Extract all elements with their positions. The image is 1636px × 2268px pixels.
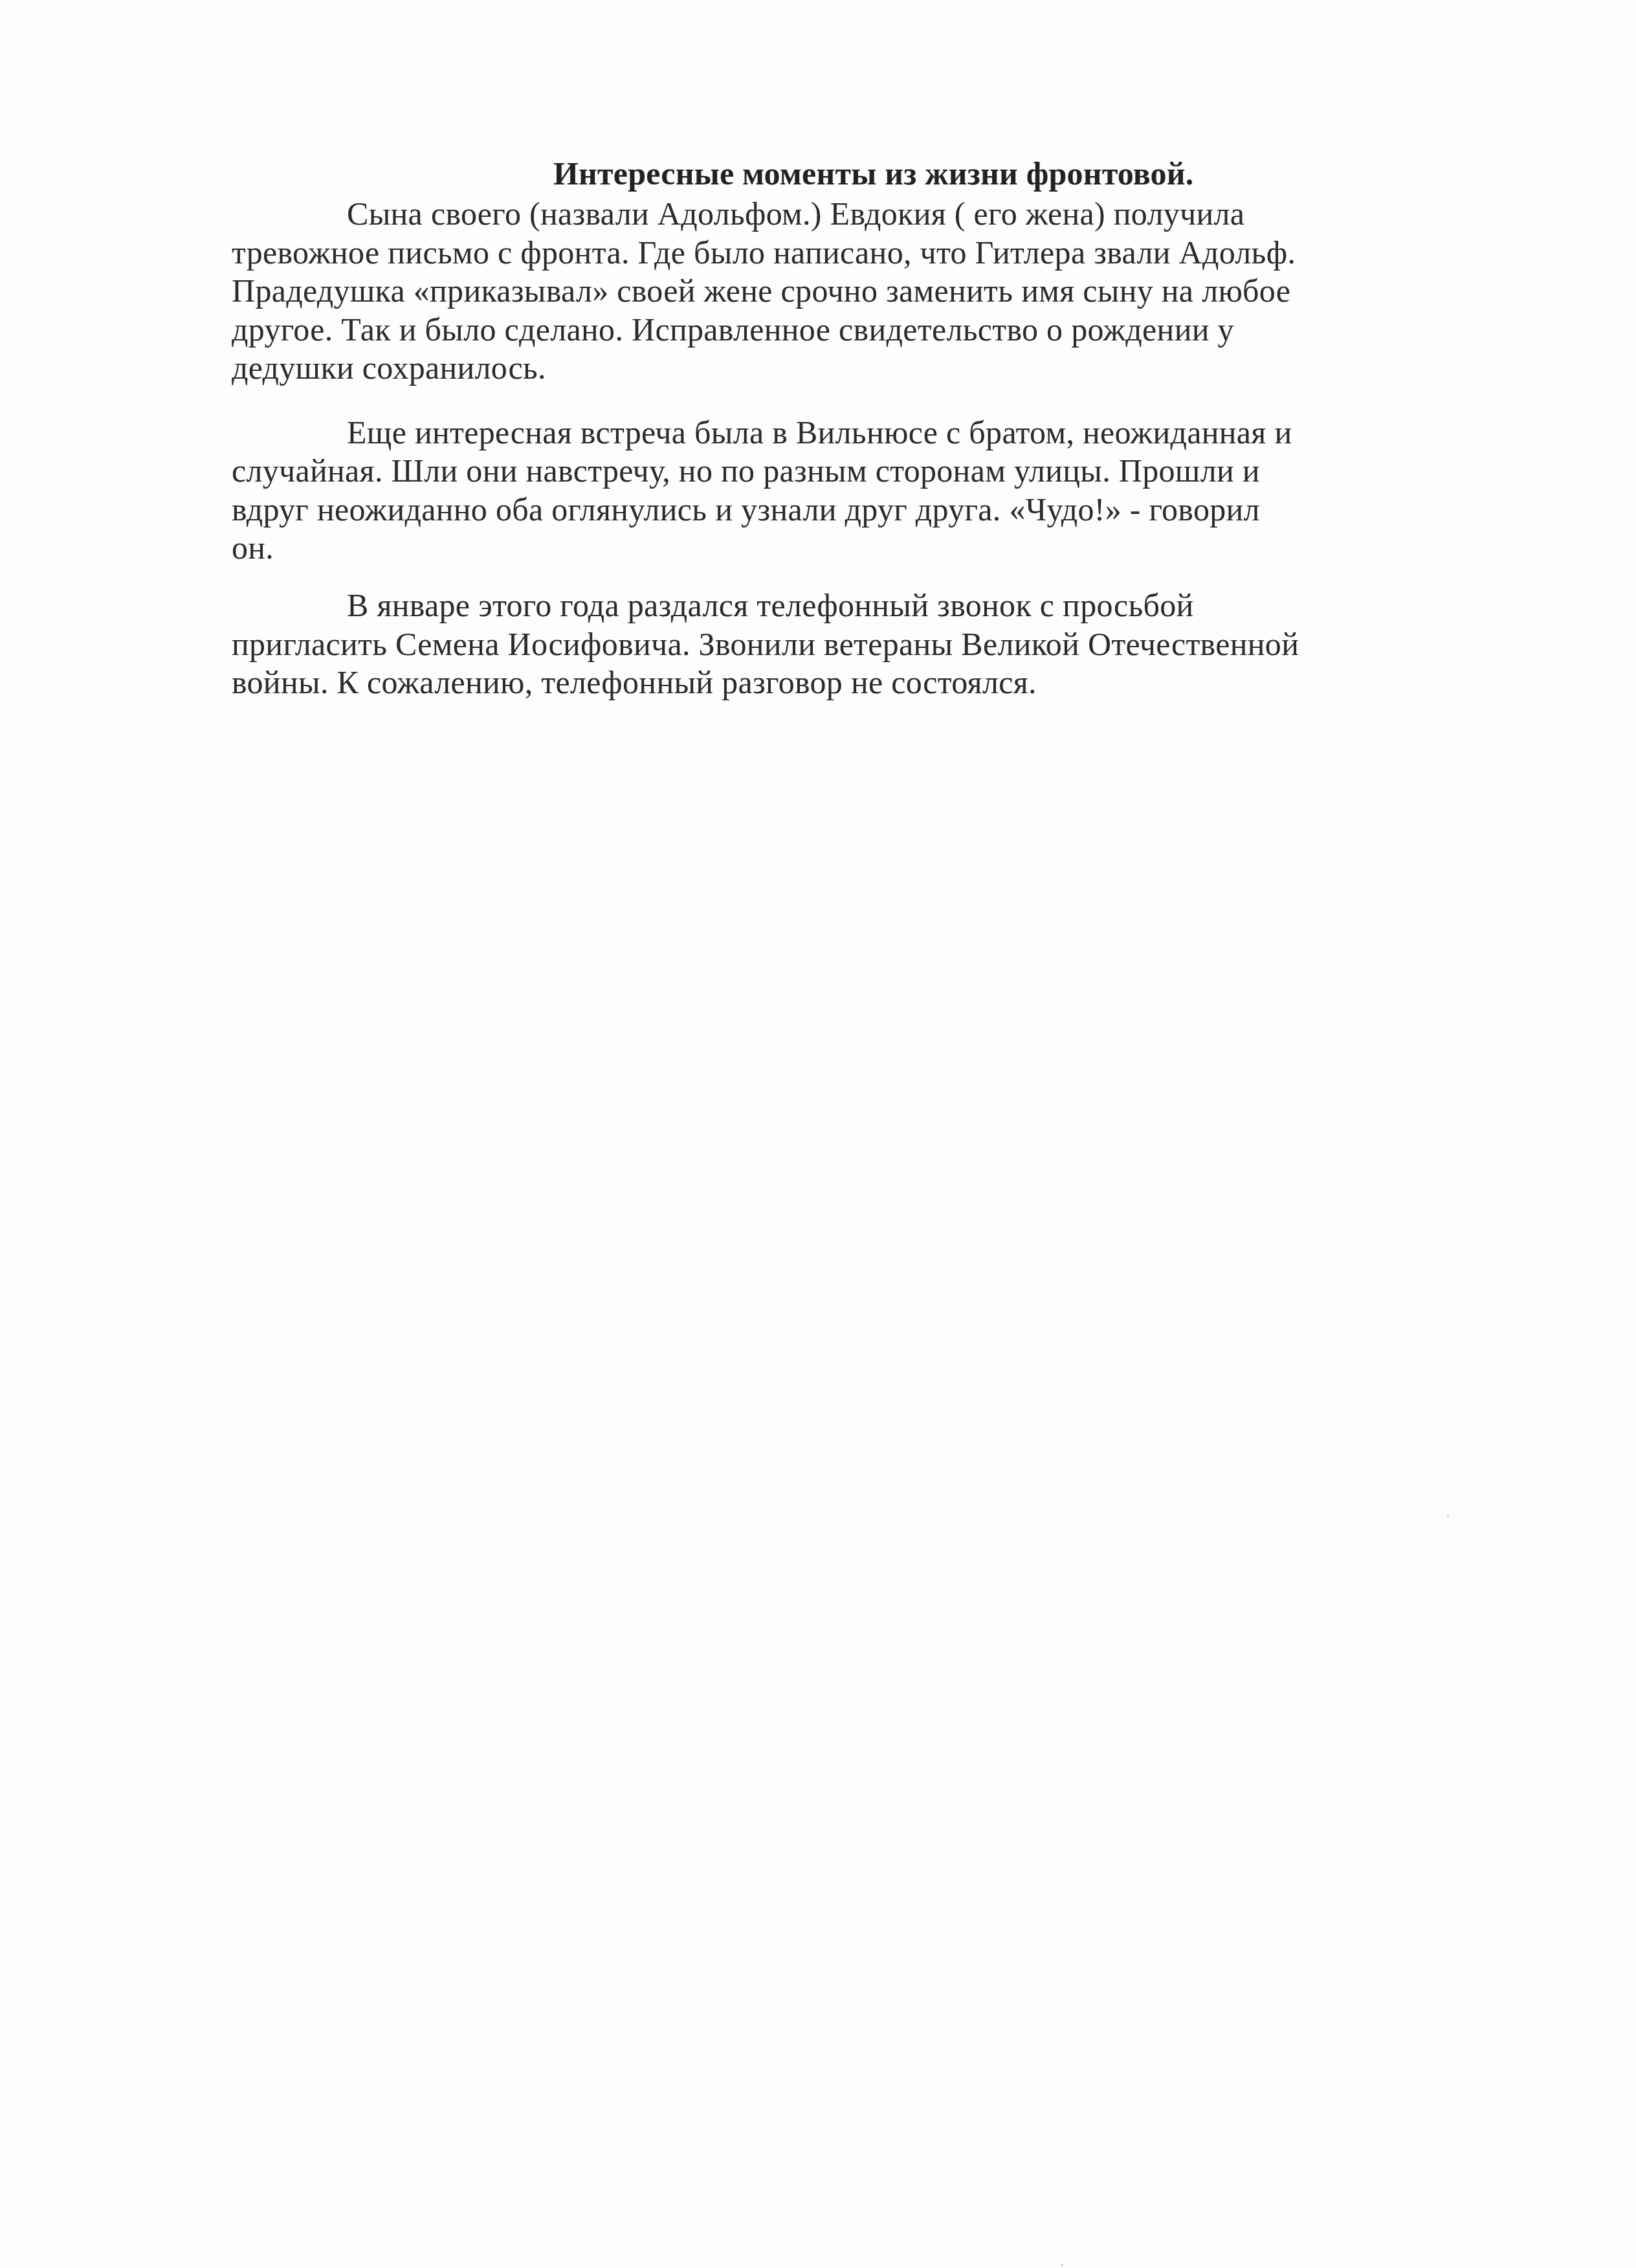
scan-speck	[1447, 1515, 1449, 1517]
paragraph-line: вдруг неожиданно оба оглянулись и узнали…	[232, 490, 1260, 529]
paragraph-line: он.	[232, 528, 274, 567]
paragraph-line: тревожное письмо с фронта. Где было напи…	[232, 233, 1296, 272]
scanned-page: Интересные моменты из жизни фронтовой. С…	[0, 0, 1636, 2268]
paragraph-line: другое. Так и было сделано. Исправленное…	[232, 310, 1234, 349]
paragraph-line: дедушки сохранилось.	[232, 348, 546, 387]
paragraph-line: войны. К сожалению, телефонный разговор …	[232, 663, 1037, 702]
scan-speck	[1061, 2264, 1063, 2266]
paragraph-line: случайная. Шли они навстречу, но по разн…	[232, 451, 1260, 490]
paragraph-line: Сына своего (назвали Адольфом.) Евдокия …	[347, 194, 1244, 233]
paragraph-line: Еще интересная встреча была в Вильнюсе с…	[347, 413, 1292, 452]
document-title: Интересные моменты из жизни фронтовой.	[553, 154, 1194, 193]
paragraph-line: пригласить Семена Иосифовича. Звонили ве…	[232, 625, 1299, 663]
paragraph-line: В январе этого года раздался телефонный …	[347, 586, 1194, 625]
paragraph-line: Прадедушка «приказывал» своей жене срочн…	[232, 271, 1290, 310]
